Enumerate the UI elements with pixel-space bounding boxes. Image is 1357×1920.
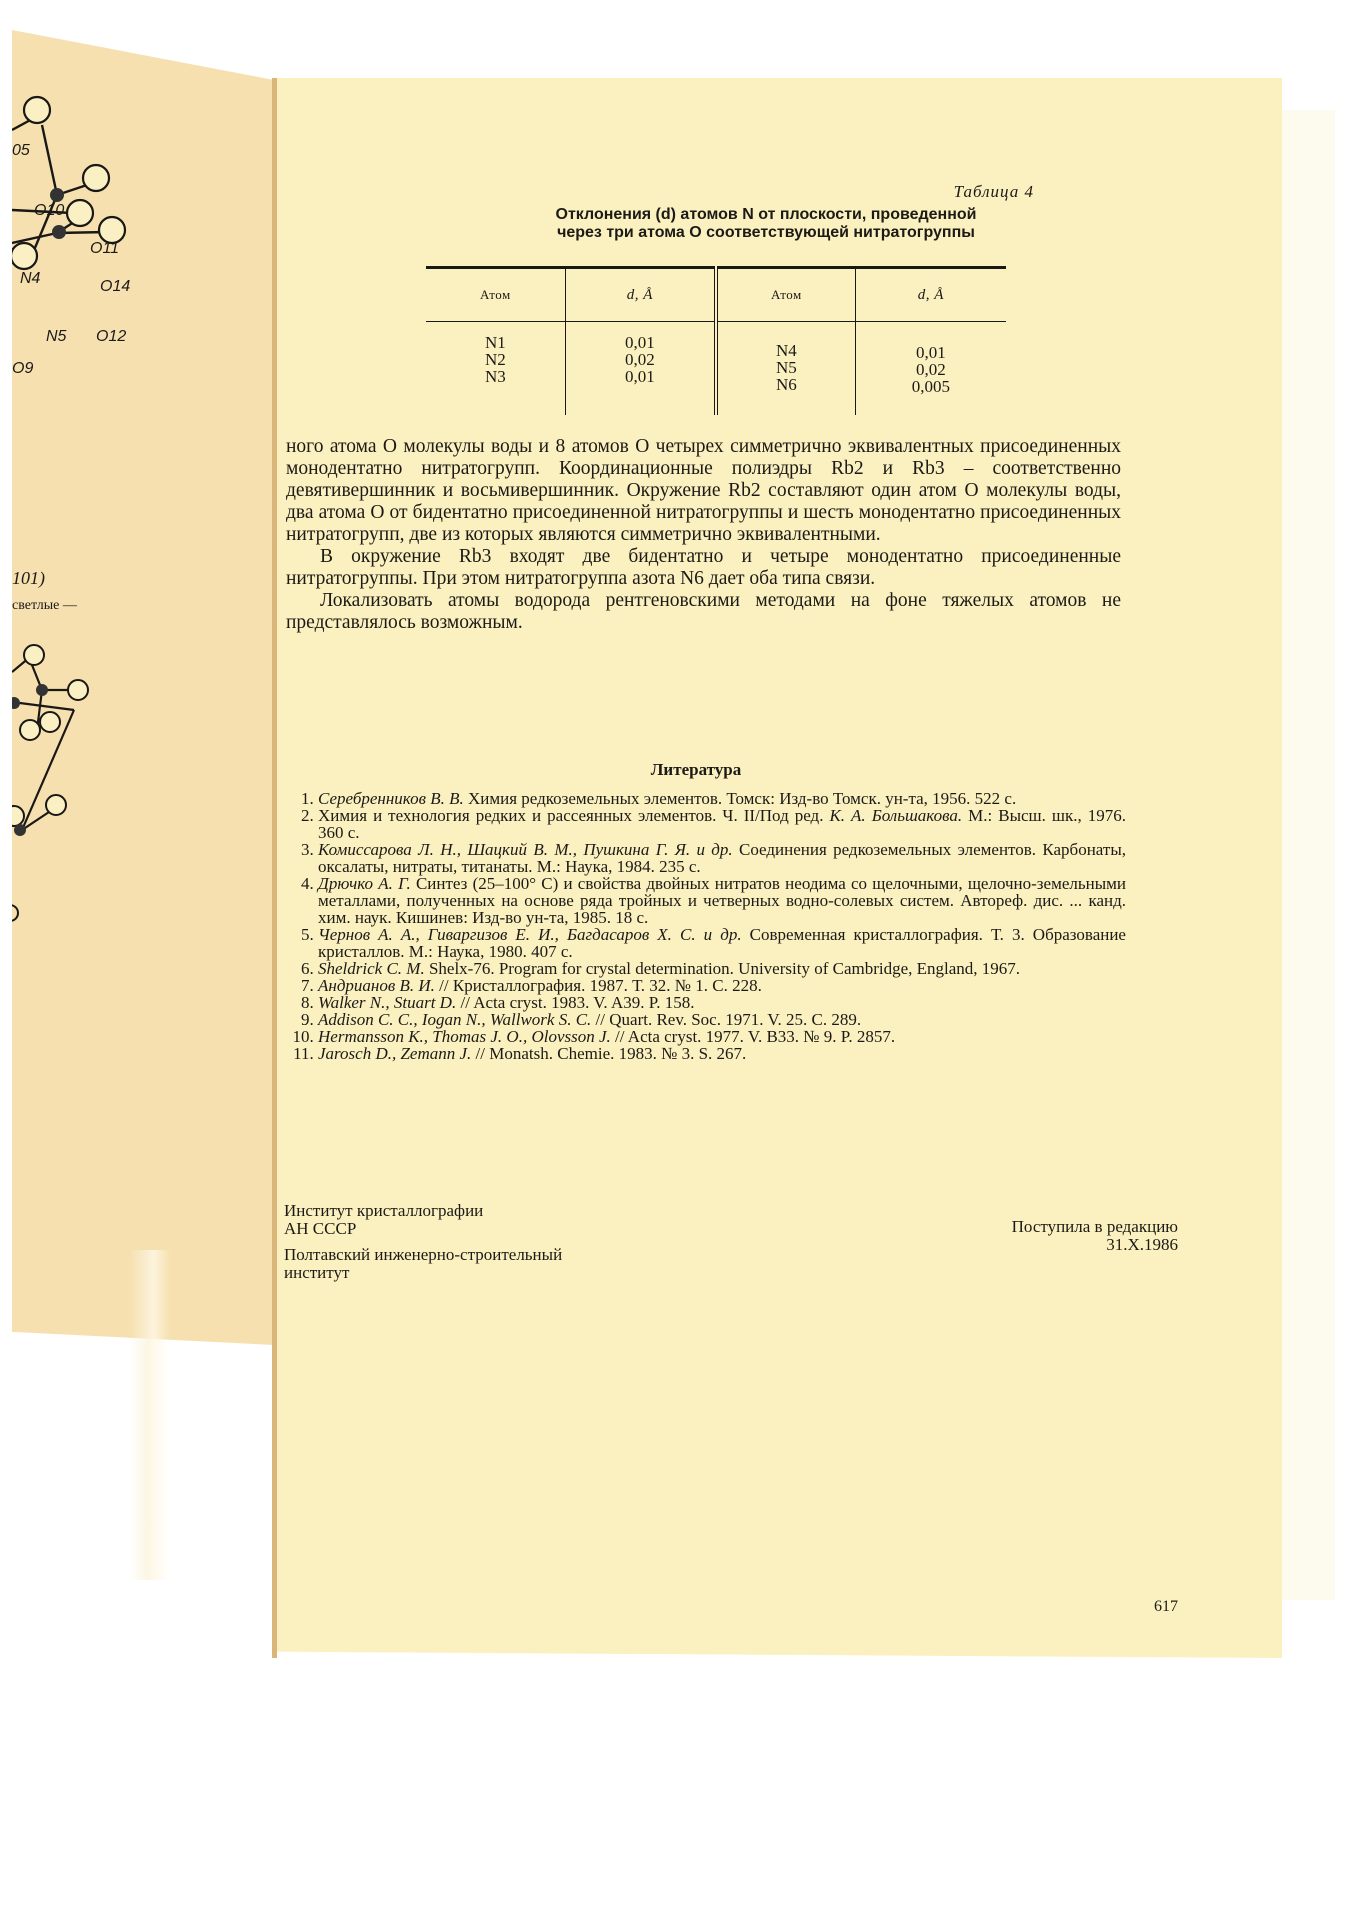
crystal-structure-figure xyxy=(12,30,274,930)
margin-fragment: . xyxy=(12,1423,17,1444)
caption-fragment: светлые — xyxy=(12,598,77,614)
reference-authors: Jarosch D., Zemann J. xyxy=(318,1044,471,1063)
affiliation-line: Институт кристаллографии xyxy=(284,1202,562,1220)
received-value: 31.X.1986 xyxy=(1012,1236,1178,1254)
figure-label: O9 xyxy=(12,360,33,378)
value: 0,02 xyxy=(857,361,1005,378)
received-label: Поступила в редакцию xyxy=(1012,1218,1178,1236)
reference-item: Sheldrick C. M. Shelx-76. Program for cr… xyxy=(318,960,1126,977)
atom: N2 xyxy=(427,351,564,368)
atom-cell: N4 N5 N6 xyxy=(716,322,855,416)
figure-label: O11 xyxy=(90,240,119,258)
figure-label: O10 xyxy=(34,202,64,220)
table-caption-line: Отклонения (d) атомов N от плоскости, пр… xyxy=(416,206,1116,224)
atom: N1 xyxy=(427,334,564,351)
paper-tear xyxy=(130,1250,170,1580)
book-spine xyxy=(272,78,277,1658)
affiliation-line: Полтавский инженерно-строительный xyxy=(284,1246,562,1264)
reference-item: Комиссарова Л. Н., Шацкий В. М., Пушкина… xyxy=(318,841,1126,875)
value: 0,01 xyxy=(567,368,713,385)
atom: N4 xyxy=(719,342,854,359)
value: 0,02 xyxy=(567,351,713,368)
atom: N5 xyxy=(719,359,854,376)
column-header: d, Å xyxy=(565,268,716,322)
references-list: Серебренников В. В. Химия редкоземельных… xyxy=(296,790,1126,1062)
affiliation-line: институт xyxy=(284,1264,562,1282)
paragraph: В окружение Rb3 входят две бидентатно и … xyxy=(286,546,1121,590)
figure-label: N4 xyxy=(20,270,40,288)
table-caption: Отклонения (d) атомов N от плоскости, пр… xyxy=(416,206,1116,242)
value-cell: 0,01 0,02 0,005 xyxy=(855,322,1006,416)
paragraph: Локализовать атомы водорода рентгеновски… xyxy=(286,590,1121,634)
figure-label: N5 xyxy=(46,328,66,346)
value: 0,005 xyxy=(857,378,1005,395)
atom: N6 xyxy=(719,376,854,393)
reference-item: Hermansson K., Thomas J. O., Olovsson J.… xyxy=(318,1028,1126,1045)
deviation-table: Атом d, Å Атом d, Å N1 N2 N3 0,01 0,02 xyxy=(426,266,1006,415)
figure-label: O12 xyxy=(96,328,126,346)
reference-item: Jarosch D., Zemann J. // Monatsh. Chemie… xyxy=(318,1045,1126,1062)
reference-item: Дрючко А. Г. Синтез (25–100° C) и свойст… xyxy=(318,875,1126,926)
reference-text: Химия и технология редких и рассеянных э… xyxy=(318,806,829,825)
table-label: Таблица 4 xyxy=(954,182,1034,202)
reference-item: Чернов А. А., Гиваргизов Е. И., Багдасар… xyxy=(318,926,1126,960)
atom: N3 xyxy=(427,368,564,385)
page-number: 617 xyxy=(1154,1598,1178,1616)
column-header: Атом xyxy=(716,268,855,322)
caption-fragment: 101) xyxy=(12,568,45,589)
references-title: Литература xyxy=(276,760,1116,780)
column-header: d, Å xyxy=(855,268,1006,322)
left-page: 05 O10 O11 N4 O14 N5 O12 O9 101) светлые… xyxy=(12,30,274,1345)
affiliation-line: АН СССР xyxy=(284,1220,562,1238)
paragraph: ного атома O молекулы воды и 8 атомов O … xyxy=(286,436,1121,546)
reference-item: Walker N., Stuart D. // Acta cryst. 1983… xyxy=(318,994,1126,1011)
margin-fragment: ке xyxy=(12,1355,28,1376)
right-page: Таблица 4 Отклонения (d) атомов N от пло… xyxy=(276,78,1282,1658)
atom-cell: N1 N2 N3 xyxy=(426,322,565,416)
reference-text: Синтез (25–100° C) и свойства двойных ни… xyxy=(318,874,1126,927)
reference-text: // Monatsh. Chemie. 1983. № 3. S. 267. xyxy=(471,1044,746,1063)
margin-fragment: е xyxy=(12,1400,20,1421)
received-date: Поступила в редакцию 31.X.1986 xyxy=(1012,1218,1178,1254)
reference-item: Химия и технология редких и рассеянных э… xyxy=(318,807,1126,841)
reference-item: Андрианов В. И. // Кристаллография. 1987… xyxy=(318,977,1126,994)
body-text: ного атома O молекулы воды и 8 атомов O … xyxy=(286,436,1121,634)
affiliations: Институт кристаллографии АН СССР Полтавс… xyxy=(284,1202,562,1282)
figure-label: 05 xyxy=(12,142,30,160)
column-header: Атом xyxy=(426,268,565,322)
value: 0,01 xyxy=(857,344,1005,361)
table-row: N1 N2 N3 0,01 0,02 0,01 N4 N5 N6 xyxy=(426,322,1006,416)
reference-item: Серебренников В. В. Химия редкоземельных… xyxy=(318,790,1126,807)
reference-authors: К. А. Большакова. xyxy=(829,806,962,825)
table-caption-line: через три атома O соответствующей нитрат… xyxy=(416,224,1116,242)
reference-item: Addison C. C., Iogan N., Wallwork S. C. … xyxy=(318,1011,1126,1028)
value: 0,01 xyxy=(567,334,713,351)
figure-label: O14 xyxy=(100,278,130,296)
value-cell: 0,01 0,02 0,01 xyxy=(565,322,716,416)
